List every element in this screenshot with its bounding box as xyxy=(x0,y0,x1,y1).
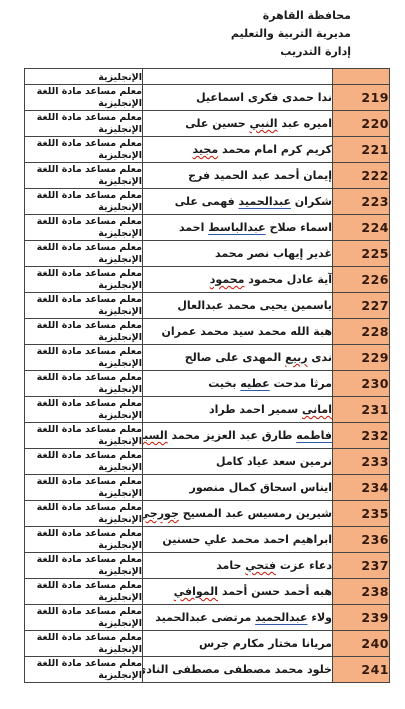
job-title-line2: الإنجليزية xyxy=(25,384,142,396)
job-title-cell: معلم مساعد مادة اللغةالإنجليزية xyxy=(25,137,143,163)
name-text-spellcheck: الموافي xyxy=(174,585,218,598)
teacher-name-cell: كريم كرم امام محمد مجيد xyxy=(143,137,333,163)
job-title-cell: معلم مساعد مادة اللغةالإنجليزية xyxy=(25,215,143,241)
job-title-cell: معلم مساعد مادة اللغةالإنجليزية xyxy=(25,111,143,137)
teacher-name-cell: اسماء صلاح عبدالباسط احمد xyxy=(143,215,333,241)
job-title-line2: الإنجليزية xyxy=(25,462,142,474)
job-title-cell: الإنجليزية xyxy=(25,69,143,85)
job-title-cell: معلم مساعد مادة اللغةالإنجليزية xyxy=(25,241,143,267)
job-title-line2: الإنجليزية xyxy=(25,644,142,656)
job-title-cell: معلم مساعد مادة اللغةالإنجليزية xyxy=(25,475,143,501)
table-row: 241خلود محمد مصطفى مصطفى النادىمعلم مساع… xyxy=(25,657,390,683)
job-title-line1: معلم مساعد مادة اللغة xyxy=(25,398,142,410)
name-text-spellcheck: السبلاوى xyxy=(143,429,168,442)
name-text-spellcheck: جورجي xyxy=(143,507,179,520)
name-text-underlined: عبدالباسط xyxy=(208,221,265,234)
table-row: 220اميره عبد النبي حسين علىمعلم مساعد ما… xyxy=(25,111,390,137)
name-text: سمير احمد طراد xyxy=(209,403,302,416)
job-title-line2: الإنجليزية xyxy=(25,488,142,500)
row-number-cell: 235 xyxy=(333,501,390,527)
name-text: إيمان أحمد عبد الحميد فرج xyxy=(188,169,332,182)
table-row: 236ابراهيم احمد محمد علي حسنينمعلم مساعد… xyxy=(25,527,390,553)
table-row: 229ندى ربيع المهدى على صالحمعلم مساعد ما… xyxy=(25,345,390,371)
job-title-cell: معلم مساعد مادة اللغةالإنجليزية xyxy=(25,293,143,319)
row-number-cell: 228 xyxy=(333,319,390,345)
table-row: 223شكران عبدالحميد فهمى علىمعلم مساعد ما… xyxy=(25,189,390,215)
job-title-line1: معلم مساعد مادة اللغة xyxy=(25,112,142,124)
row-number-cell: 232 xyxy=(333,423,390,449)
row-number-cell: 220 xyxy=(333,111,390,137)
name-text-spellcheck: مجيد xyxy=(193,143,219,156)
row-number-cell xyxy=(333,69,390,85)
job-title-cell: معلم مساعد مادة اللغةالإنجليزية xyxy=(25,579,143,605)
table-row: 232فاطمه طارق عبد العزيز محمد السبلاوىمع… xyxy=(25,423,390,449)
job-title-cell: معلم مساعد مادة اللغةالإنجليزية xyxy=(25,319,143,345)
name-text: طارق عبد العزيز محمد xyxy=(168,429,297,442)
teacher-name-cell: آية عادل محمود محمود xyxy=(143,267,333,293)
table-row: 234ايناس اسحاق كمال منصورمعلم مساعد مادة… xyxy=(25,475,390,501)
job-title-line2: الإنجليزية xyxy=(25,592,142,604)
job-title-cell: معلم مساعد مادة اللغةالإنجليزية xyxy=(25,657,143,683)
job-title-line1: معلم مساعد مادة اللغة xyxy=(25,294,142,306)
job-title-line2: الإنجليزية xyxy=(25,98,142,110)
job-title-line1: معلم مساعد مادة اللغة xyxy=(25,372,142,384)
row-number-cell: 226 xyxy=(333,267,390,293)
job-title-line1: معلم مساعد مادة اللغة xyxy=(25,606,142,618)
name-text: فهمى على xyxy=(175,195,239,208)
name-text-spellcheck: محمود xyxy=(210,273,245,286)
header-governorate: محافظة القاهرة xyxy=(231,7,351,25)
job-title-line2: الإنجليزية xyxy=(25,514,142,526)
name-text: مرثا مدحت xyxy=(270,377,332,390)
job-title-cell: معلم مساعد مادة اللغةالإنجليزية xyxy=(25,423,143,449)
job-title-line2: الإنجليزية xyxy=(25,358,142,370)
teacher-name-cell: دعاء عزت فتحي حامد xyxy=(143,553,333,579)
roster-table: الإنجليزية 219ندا حمدى فكرى اسماعيلمعلم … xyxy=(24,68,390,683)
job-title-line1: معلم مساعد مادة اللغة xyxy=(25,268,142,280)
table-row: 233نرمين سعد عياد كاملمعلم مساعد مادة ال… xyxy=(25,449,390,475)
teacher-name-cell: ابراهيم احمد محمد علي حسنين xyxy=(143,527,333,553)
row-number-cell: 224 xyxy=(333,215,390,241)
teacher-name-cell: هبة الله محمد سيد محمد عمران xyxy=(143,319,333,345)
name-text: نرمين سعد عياد كامل xyxy=(216,455,332,468)
table-row: 227ياسمين يحيى محمد عبدالعالمعلم مساعد م… xyxy=(25,293,390,319)
job-title-line1: معلم مساعد مادة اللغة xyxy=(25,164,142,176)
teacher-name-cell xyxy=(143,69,333,85)
job-title-line1: معلم مساعد مادة اللغة xyxy=(25,216,142,228)
teacher-name-cell: مرثا مدحت عطيه بخيت xyxy=(143,371,333,397)
name-text-underlined: عطيه xyxy=(240,377,269,390)
job-title-line2: الإنجليزية xyxy=(25,72,142,84)
job-title-cell: معلم مساعد مادة اللغةالإنجليزية xyxy=(25,163,143,189)
job-title-line2: الإنجليزية xyxy=(25,150,142,162)
job-title-line1: معلم مساعد مادة اللغة xyxy=(25,190,142,202)
job-title-line2: الإنجليزية xyxy=(25,124,142,136)
teacher-name-cell: شيرين رمسيس عبد المسيح جورجي xyxy=(143,501,333,527)
name-text: حسين على xyxy=(185,117,249,130)
job-title-line1: معلم مساعد مادة اللغة xyxy=(25,242,142,254)
table-row: 221كريم كرم امام محمد مجيدمعلم مساعد ماد… xyxy=(25,137,390,163)
job-title-line2: الإنجليزية xyxy=(25,228,142,240)
header-administration: إدارة التدريب xyxy=(231,43,351,61)
job-title-line1: معلم مساعد مادة اللغة xyxy=(25,346,142,358)
name-text: بخيت xyxy=(208,377,240,390)
row-number-cell: 241 xyxy=(333,657,390,683)
job-title-line2: الإنجليزية xyxy=(25,280,142,292)
row-number-cell: 233 xyxy=(333,449,390,475)
teacher-name-cell: اميره عبد النبي حسين على xyxy=(143,111,333,137)
name-text: حامد xyxy=(216,559,245,572)
name-text-underlined: فاطمه xyxy=(296,429,332,442)
name-text: مريانا مختار مكارم جرس xyxy=(199,637,332,650)
job-title-cell: معلم مساعد مادة اللغةالإنجليزية xyxy=(25,397,143,423)
row-number-cell: 222 xyxy=(333,163,390,189)
job-title-line2: الإنجليزية xyxy=(25,306,142,318)
teacher-name-cell: فاطمه طارق عبد العزيز محمد السبلاوى xyxy=(143,423,333,449)
row-number-cell: 229 xyxy=(333,345,390,371)
job-title-line1: معلم مساعد مادة اللغة xyxy=(25,86,142,98)
row-number-cell: 236 xyxy=(333,527,390,553)
job-title-line2: الإنجليزية xyxy=(25,436,142,448)
name-text: آية عادل محمود xyxy=(244,273,332,286)
row-number-cell: 223 xyxy=(333,189,390,215)
teacher-name-cell: مريانا مختار مكارم جرس xyxy=(143,631,333,657)
job-title-line2: الإنجليزية xyxy=(25,566,142,578)
teacher-name-cell: ندى ربيع المهدى على صالح xyxy=(143,345,333,371)
job-title-line1: معلم مساعد مادة اللغة xyxy=(25,320,142,332)
job-title-line1: معلم مساعد مادة اللغة xyxy=(25,424,142,436)
row-number-cell: 231 xyxy=(333,397,390,423)
row-number-cell: 239 xyxy=(333,605,390,631)
job-title-cell: معلم مساعد مادة اللغةالإنجليزية xyxy=(25,189,143,215)
job-title-line2: الإنجليزية xyxy=(25,618,142,630)
row-number-cell: 240 xyxy=(333,631,390,657)
job-title-line1: معلم مساعد مادة اللغة xyxy=(25,476,142,488)
job-title-cell: معلم مساعد مادة اللغةالإنجليزية xyxy=(25,85,143,111)
teacher-name-cell: شكران عبدالحميد فهمى على xyxy=(143,189,333,215)
name-text: ابراهيم احمد محمد علي حسنين xyxy=(162,533,332,546)
table-row: 240مريانا مختار مكارم جرسمعلم مساعد مادة… xyxy=(25,631,390,657)
name-text-spellcheck: ربيع xyxy=(285,351,307,364)
roster-rows: 219ندا حمدى فكرى اسماعيلمعلم مساعد مادة … xyxy=(25,85,390,683)
teacher-name-cell: ندا حمدى فكرى اسماعيل xyxy=(143,85,333,111)
name-text-spellcheck: النبي xyxy=(250,117,278,130)
table-row: 238هبه أحمد حسن أحمد الموافيمعلم مساعد م… xyxy=(25,579,390,605)
job-title-line2: الإنجليزية xyxy=(25,410,142,422)
name-text-spellcheck: امانى xyxy=(302,403,332,416)
table-row: 228هبة الله محمد سيد محمد عمرانمعلم مساع… xyxy=(25,319,390,345)
job-title-cell: معلم مساعد مادة اللغةالإنجليزية xyxy=(25,345,143,371)
table-row: 226آية عادل محمود محمودمعلم مساعد مادة ا… xyxy=(25,267,390,293)
job-title-cell: معلم مساعد مادة اللغةالإنجليزية xyxy=(25,267,143,293)
job-title-cell: معلم مساعد مادة اللغةالإنجليزية xyxy=(25,631,143,657)
name-text: ياسمين يحيى محمد عبدالعال xyxy=(177,299,332,312)
teacher-name-cell: ولاء عبدالحميد مرتضى عبدالحميد xyxy=(143,605,333,631)
document-page: محافظة القاهرة مديرية التربية والتعليم إ… xyxy=(0,0,405,709)
teacher-name-cell: هبه أحمد حسن أحمد الموافي xyxy=(143,579,333,605)
job-title-cell: معلم مساعد مادة اللغةالإنجليزية xyxy=(25,553,143,579)
table-row: 225غدير إيهاب نصر محمدمعلم مساعد مادة ال… xyxy=(25,241,390,267)
teacher-name-cell: ايناس اسحاق كمال منصور xyxy=(143,475,333,501)
row-number-cell: 221 xyxy=(333,137,390,163)
job-title-cell: معلم مساعد مادة اللغةالإنجليزية xyxy=(25,501,143,527)
name-text: خلود محمد مصطفى مصطفى النادى xyxy=(143,663,333,676)
job-title-line1: معلم مساعد مادة اللغة xyxy=(25,658,142,670)
job-title-line1: معلم مساعد مادة اللغة xyxy=(25,632,142,644)
job-title-line1: معلم مساعد مادة اللغة xyxy=(25,138,142,150)
row-number-cell: 219 xyxy=(333,85,390,111)
job-title-line2: الإنجليزية xyxy=(25,540,142,552)
name-text: ولاء xyxy=(308,611,332,624)
row-number-cell: 234 xyxy=(333,475,390,501)
job-title-line2: الإنجليزية xyxy=(25,670,142,682)
teacher-name-cell: غدير إيهاب نصر محمد xyxy=(143,241,333,267)
teacher-name-cell: خلود محمد مصطفى مصطفى النادى xyxy=(143,657,333,683)
teacher-name-cell: إيمان أحمد عبد الحميد فرج xyxy=(143,163,333,189)
job-title-cell: معلم مساعد مادة اللغةالإنجليزية xyxy=(25,605,143,631)
roster-table-container: الإنجليزية 219ندا حمدى فكرى اسماعيلمعلم … xyxy=(24,68,390,683)
name-text: ايناس اسحاق كمال منصور xyxy=(190,481,332,494)
teacher-name-cell: امانى سمير احمد طراد xyxy=(143,397,333,423)
name-text: غدير إيهاب نصر محمد xyxy=(215,247,332,260)
job-title-line1: معلم مساعد مادة اللغة xyxy=(25,580,142,592)
table-row: 239ولاء عبدالحميد مرتضى عبدالحميدمعلم مس… xyxy=(25,605,390,631)
name-text-underlined: عبدالحميد xyxy=(239,195,291,208)
table-row: 231امانى سمير احمد طرادمعلم مساعد مادة ا… xyxy=(25,397,390,423)
header-directorate: مديرية التربية والتعليم xyxy=(231,25,351,43)
name-text: المهدى على صالح xyxy=(185,351,285,364)
table-row: 230مرثا مدحت عطيه بخيتمعلم مساعد مادة ال… xyxy=(25,371,390,397)
row-number-cell: 237 xyxy=(333,553,390,579)
name-text: احمد xyxy=(179,221,208,234)
job-title-line2: الإنجليزية xyxy=(25,176,142,188)
name-text: مرتضى عبدالحميد xyxy=(155,611,255,624)
job-title-line1: معلم مساعد مادة اللغة xyxy=(25,528,142,540)
job-title-line1: معلم مساعد مادة اللغة xyxy=(25,502,142,514)
name-text: ندى xyxy=(308,351,332,364)
job-title-cell: معلم مساعد مادة اللغةالإنجليزية xyxy=(25,527,143,553)
job-title-cell: معلم مساعد مادة اللغةالإنجليزية xyxy=(25,449,143,475)
table-row: 219ندا حمدى فكرى اسماعيلمعلم مساعد مادة … xyxy=(25,85,390,111)
row-number-cell: 227 xyxy=(333,293,390,319)
name-text-spellcheck: فتحي xyxy=(245,559,276,572)
job-title-line1: معلم مساعد مادة اللغة xyxy=(25,450,142,462)
name-text: هبة الله محمد سيد محمد عمران xyxy=(162,325,332,338)
name-text: ندا حمدى فكرى اسماعيل xyxy=(196,91,332,104)
name-text: دعاء عزت xyxy=(276,559,332,572)
name-text: هبه أحمد حسن أحمد xyxy=(218,585,332,598)
name-text: شيرين رمسيس عبد المسيح xyxy=(179,507,332,520)
table-row: 224اسماء صلاح عبدالباسط احمدمعلم مساعد م… xyxy=(25,215,390,241)
table-row: 222إيمان أحمد عبد الحميد فرجمعلم مساعد م… xyxy=(25,163,390,189)
job-title-line2: الإنجليزية xyxy=(25,332,142,344)
teacher-name-cell: نرمين سعد عياد كامل xyxy=(143,449,333,475)
job-title-cell: معلم مساعد مادة اللغةالإنجليزية xyxy=(25,371,143,397)
document-header: محافظة القاهرة مديرية التربية والتعليم إ… xyxy=(231,7,351,61)
teacher-name-cell: ياسمين يحيى محمد عبدالعال xyxy=(143,293,333,319)
name-text-underlined: عبدالحميد xyxy=(255,611,307,624)
table-row-partial: الإنجليزية xyxy=(25,69,390,85)
name-text: كريم كرم امام محمد xyxy=(218,143,332,156)
row-number-cell: 238 xyxy=(333,579,390,605)
job-title-line2: الإنجليزية xyxy=(25,254,142,266)
name-text: شكران xyxy=(291,195,332,208)
name-text: اسماء صلاح xyxy=(266,221,332,234)
row-number-cell: 230 xyxy=(333,371,390,397)
job-title-line1: معلم مساعد مادة اللغة xyxy=(25,554,142,566)
table-row: 235شيرين رمسيس عبد المسيح جورجيمعلم مساع… xyxy=(25,501,390,527)
row-number-cell: 225 xyxy=(333,241,390,267)
table-row: 237دعاء عزت فتحي حامدمعلم مساعد مادة الل… xyxy=(25,553,390,579)
name-text: اميره عبد xyxy=(278,117,332,130)
job-title-line2: الإنجليزية xyxy=(25,202,142,214)
